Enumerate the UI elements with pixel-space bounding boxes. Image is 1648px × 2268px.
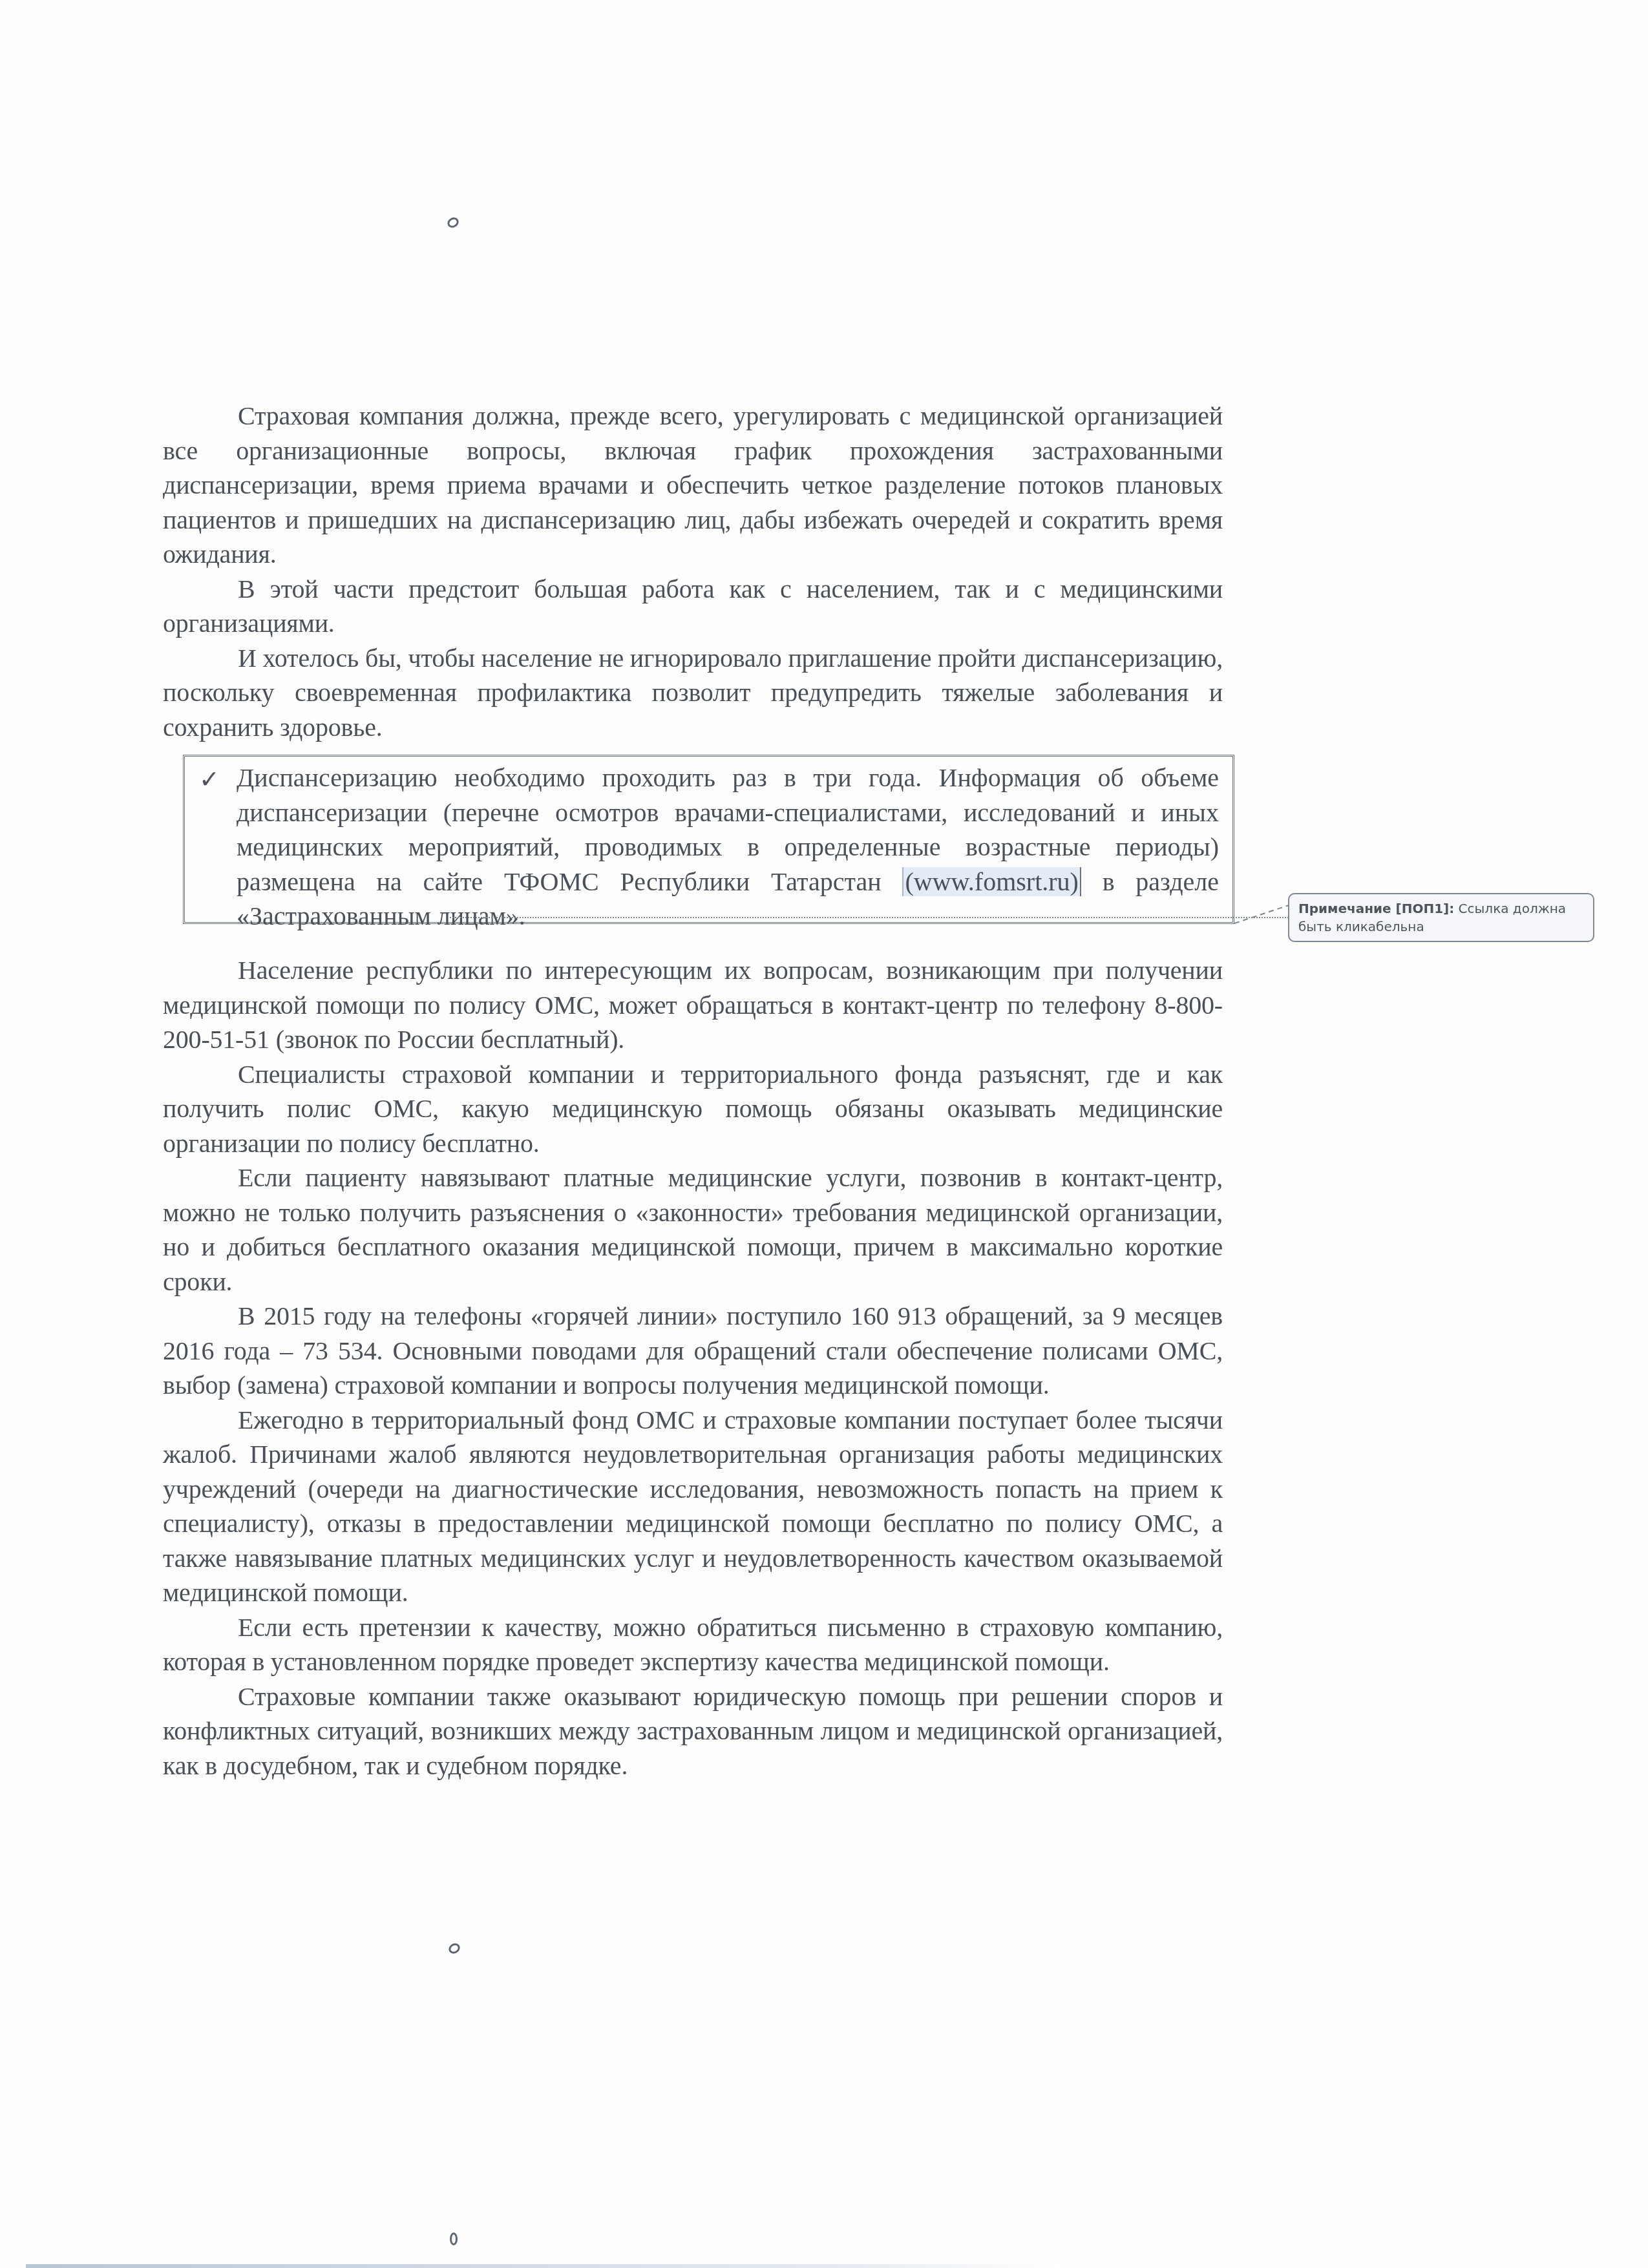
paragraph: И хотелось бы, чтобы население не игнори…: [163, 641, 1223, 745]
paragraph: Страховые компании также оказывают юриди…: [163, 1679, 1223, 1783]
scan-speck-mark: [447, 1942, 461, 1956]
body-text-top: Страховая компания должна, прежде всего,…: [163, 399, 1223, 744]
comment-label: Примечание [ПОП1]:: [1298, 901, 1454, 916]
paragraph: В 2015 году на телефоны «горячей линии» …: [163, 1299, 1223, 1403]
paragraph: Если пациенту навязывают платные медицин…: [163, 1160, 1223, 1299]
scan-edge-strip: [26, 2264, 1060, 2268]
callout-text: Диспансеризацию необходимо проходить раз…: [237, 761, 1219, 934]
comment-leader-line: [1234, 903, 1294, 925]
scan-speck-mark: [450, 2232, 458, 2245]
scan-speck-mark: [445, 216, 460, 230]
paragraph: Население республики по интересующим их …: [163, 953, 1223, 1057]
callout-box: ✓ Диспансеризацию необходимо проходить р…: [183, 755, 1234, 924]
paragraph: В этой части предстоит большая работа ка…: [163, 572, 1223, 641]
body-text-bottom: Население республики по интересующим их …: [163, 953, 1223, 1783]
paragraph: Ежегодно в территориальный фонд ОМС и ст…: [163, 1403, 1223, 1610]
website-link[interactable]: (www.fomsrt.ru): [902, 867, 1081, 896]
review-comment-balloon[interactable]: Примечание [ПОП1]: Ссылка должна быть кл…: [1288, 893, 1594, 942]
scanned-page: Страховая компания должна, прежде всего,…: [0, 0, 1648, 2268]
paragraph: Специалисты страховой компании и террито…: [163, 1057, 1223, 1161]
paragraph: Страховая компания должна, прежде всего,…: [163, 399, 1223, 572]
check-mark-icon: ✓: [199, 763, 220, 798]
paragraph: Если есть претензии к качеству, можно об…: [163, 1610, 1223, 1679]
